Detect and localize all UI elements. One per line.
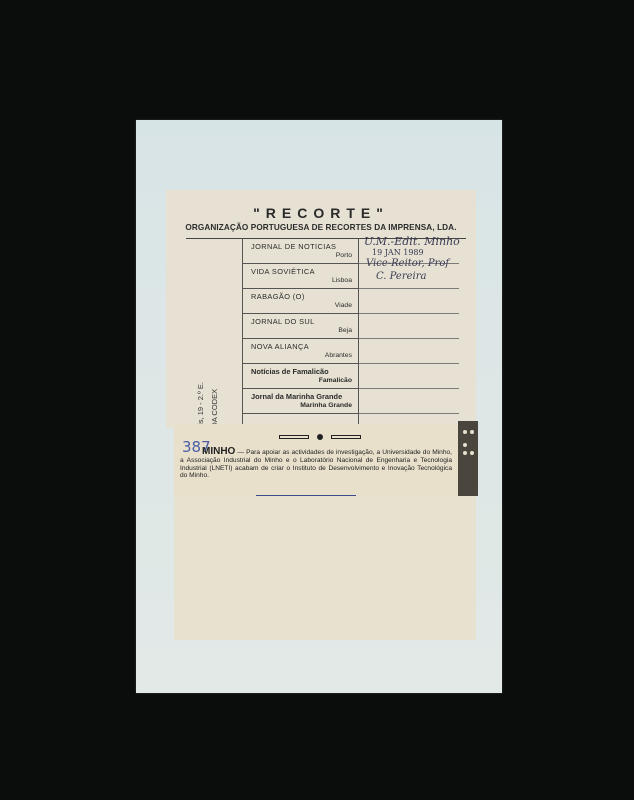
publication-row: NOVA ALIANÇAAbrantes	[243, 339, 358, 364]
date-stamp: 19 JAN 1989	[372, 248, 424, 257]
recorte-card: "RECORTE" ORGANIZAÇÃO PORTUGUESA DE RECO…	[166, 190, 476, 428]
lower-paper	[174, 496, 476, 640]
ornament	[279, 433, 361, 441]
clipping-text: MINHO — Para apoiar as actividades de in…	[180, 448, 452, 480]
publication-place: Viade	[335, 302, 352, 309]
card-title: "RECORTE"	[166, 205, 476, 221]
handwritten-note: C. Pereira	[376, 271, 427, 282]
publication-place: Beja	[338, 327, 352, 334]
publication-place: Abrantes	[325, 352, 352, 359]
publication-name: Jornal da Marinha Grande	[251, 392, 342, 401]
publication-row: VIDA SOVIÉTICALisboa	[243, 264, 358, 289]
publication-row: JORNAL DO SULBeja	[243, 314, 358, 339]
handwritten-note: Vice-Reitor, Prof	[366, 258, 449, 269]
publication-row: Jornal da Marinha GrandeMarinha Grande	[243, 389, 358, 414]
publication-name: RABAGÃO (O)	[251, 292, 305, 301]
card-subtitle: ORGANIZAÇÃO PORTUGUESA DE RECORTES DA IM…	[166, 223, 476, 232]
publication-row: RABAGÃO (O)Viade	[243, 289, 358, 314]
handwritten-note: U.M.-Edit. Minho	[364, 235, 460, 248]
publication-name: VIDA SOVIÉTICA	[251, 267, 315, 276]
publication-row: JORNAL DE NOTICIASPorto	[243, 239, 358, 264]
publication-row: Notícias de FamalicãoFamalicão	[243, 364, 358, 389]
newspaper-clipping: 387 MINHO — Para apoiar as actividades d…	[174, 424, 458, 496]
clipping-lead: MINHO	[180, 446, 235, 457]
publication-place: Porto	[336, 252, 352, 259]
clipping-edge-strip	[458, 421, 478, 496]
publication-list: JORNAL DE NOTICIASPorto VIDA SOVIÉTICALi…	[243, 239, 358, 414]
publication-place: Marinha Grande	[300, 402, 352, 409]
publication-place: Famalicão	[319, 377, 352, 384]
publication-name: Notícias de Famalicão	[251, 367, 329, 376]
publication-name: JORNAL DE NOTICIAS	[251, 242, 336, 251]
publication-name: JORNAL DO SUL	[251, 317, 315, 326]
publication-place: Lisboa	[332, 277, 352, 284]
publication-name: NOVA ALIANÇA	[251, 342, 309, 351]
